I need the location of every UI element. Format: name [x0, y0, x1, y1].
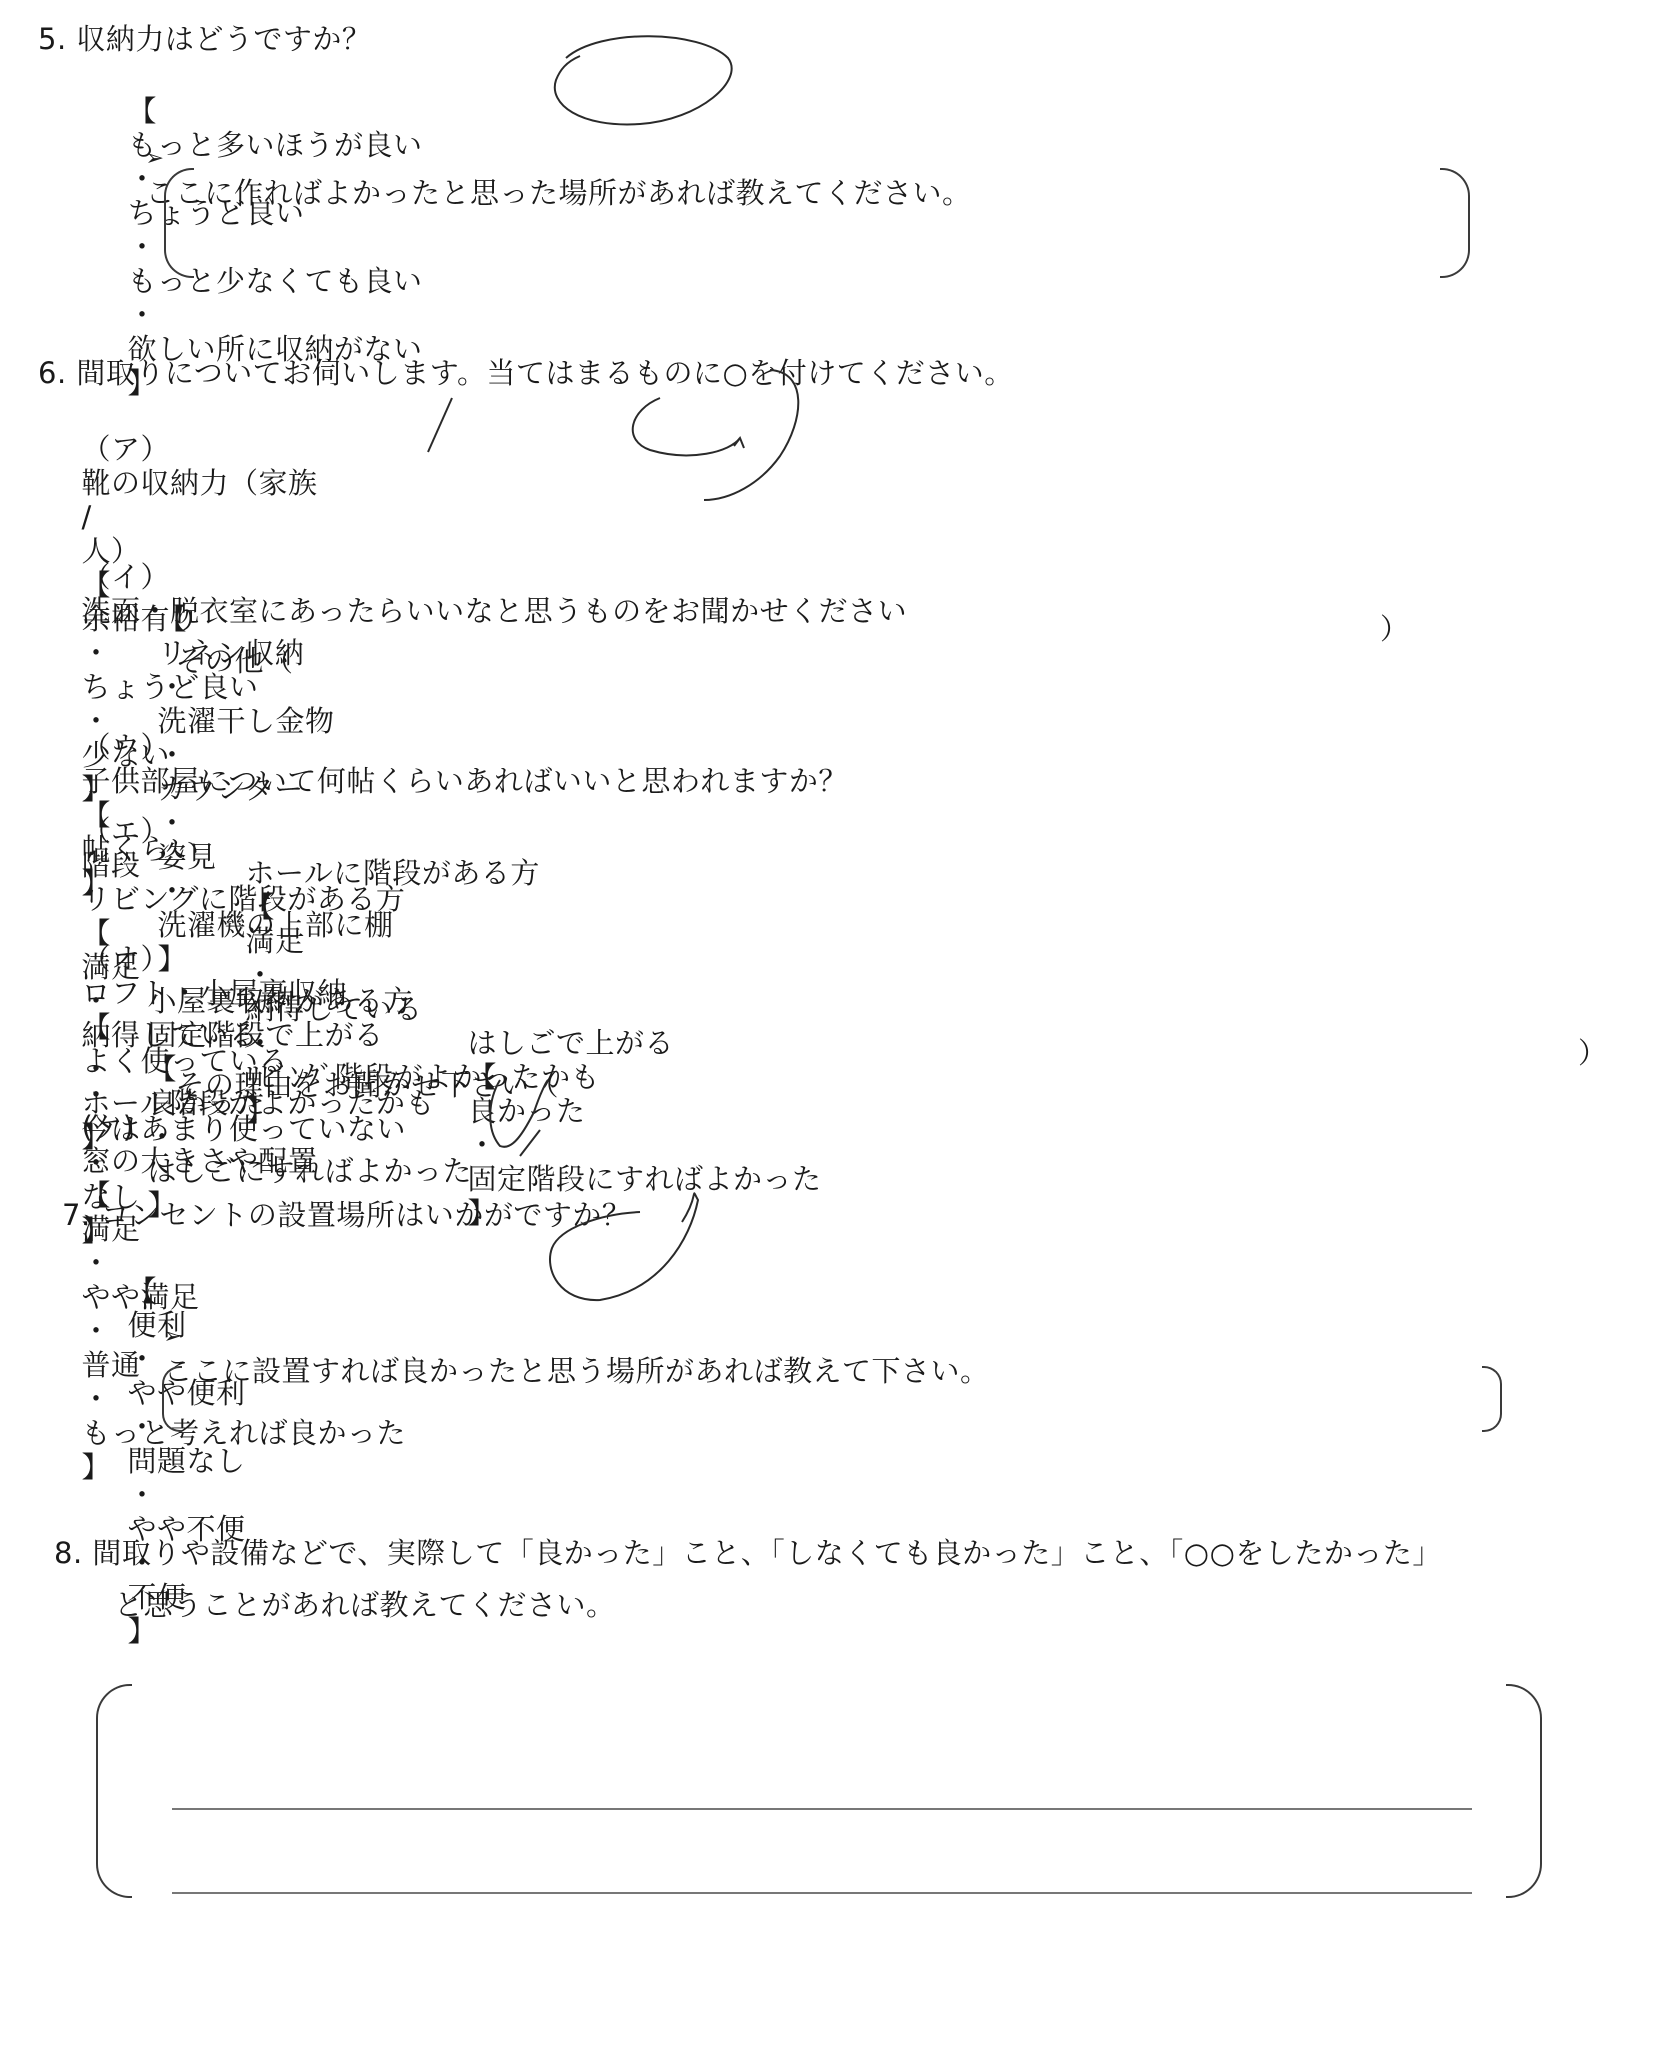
arrow-bullet-icon: ➢ — [145, 142, 164, 176]
close-bracket: 】 — [81, 1450, 111, 1484]
q6u-size-input[interactable] — [1090, 698, 1164, 734]
q8-answer-input-2[interactable] — [176, 1850, 1470, 1890]
right-paren-icon — [1482, 1366, 1502, 1432]
separator: ・ — [81, 1314, 111, 1348]
q7-option-no-problem[interactable]: 問題なし — [127, 1444, 245, 1478]
q6e-text: 階段 — [81, 848, 140, 882]
arrow-bullet-icon: ➢ — [163, 1320, 182, 1354]
q6u-label: （ウ） — [81, 730, 170, 764]
q7-title: 7. コンセントの設置場所はいかがですか？ — [62, 1198, 631, 1232]
q6o-reason-close: ） — [1578, 1036, 1608, 1070]
separator: ・ — [81, 1382, 111, 1416]
q8-title-line2: と思うことがあれば教えてください。 — [114, 1588, 616, 1622]
left-paren-icon — [164, 168, 194, 278]
hand-circle-q6a — [633, 398, 740, 455]
q7-answer-box[interactable] — [162, 1366, 1502, 1432]
q6o-reason-input[interactable] — [590, 1036, 1574, 1072]
q5-answer-box[interactable] — [164, 168, 1470, 278]
separator: ・ — [81, 636, 111, 670]
q7-answer-input[interactable] — [192, 1380, 1466, 1420]
q6a-text: 靴の収納力（家族 — [81, 466, 317, 500]
separator: ・ — [127, 1410, 157, 1444]
separator: ・ — [127, 1478, 157, 1512]
q6-title: 6. 間取りについてお伺いします。当てはまるものに○を付けてください。 — [38, 356, 1014, 390]
open-bracket: 【 — [81, 1010, 111, 1044]
q5-title: 5. 収納力はどうですか？ — [38, 22, 371, 56]
right-paren-icon — [1440, 168, 1470, 278]
q6ke-label: (ケ) — [81, 1110, 134, 1144]
separator: ・ — [127, 230, 157, 264]
q6i-other-label: その他（ — [175, 644, 293, 678]
q6o-ladder-row: はしごで上がる 【 良かった ・ 固定階段にすればよかった 】 — [448, 992, 845, 1230]
q6a-label: （ア） — [81, 432, 170, 466]
q6o-ladder-option-fixed[interactable]: 固定階段にすればよかった — [467, 1162, 821, 1196]
q6e-label: （エ） — [81, 814, 170, 848]
q8-write-line-2 — [172, 1892, 1472, 1894]
separator: ・ — [81, 1246, 111, 1280]
q6ke-text: 窓の大きさや配置 — [81, 1144, 317, 1178]
q8-write-line-1 — [172, 1808, 1472, 1810]
left-paren-icon — [162, 1366, 182, 1432]
q6e-row2-label: ホールに階段がある方 — [245, 856, 539, 890]
q6i-other-input[interactable] — [290, 612, 1374, 648]
hand-arrow-q6a — [734, 438, 744, 448]
q8-answer-input-1[interactable] — [176, 1766, 1470, 1806]
right-paren-icon — [1506, 1684, 1542, 1898]
q6i-other-row: その他（ — [156, 610, 293, 678]
left-paren-icon — [96, 1684, 132, 1898]
hand-slash-q6a — [428, 398, 452, 452]
q6i-other-close: ） — [1380, 612, 1410, 646]
separator: ・ — [467, 1128, 497, 1162]
q8-title-line1: 8. 間取りや設備などで、実際して「良かった」こと、「しなくても良かった」こと、… — [54, 1536, 1442, 1570]
q5-answer-input[interactable] — [204, 198, 1428, 240]
q6o-sub-label: 小屋裏収納がある方 — [147, 984, 413, 1018]
separator: ・ — [127, 298, 157, 332]
